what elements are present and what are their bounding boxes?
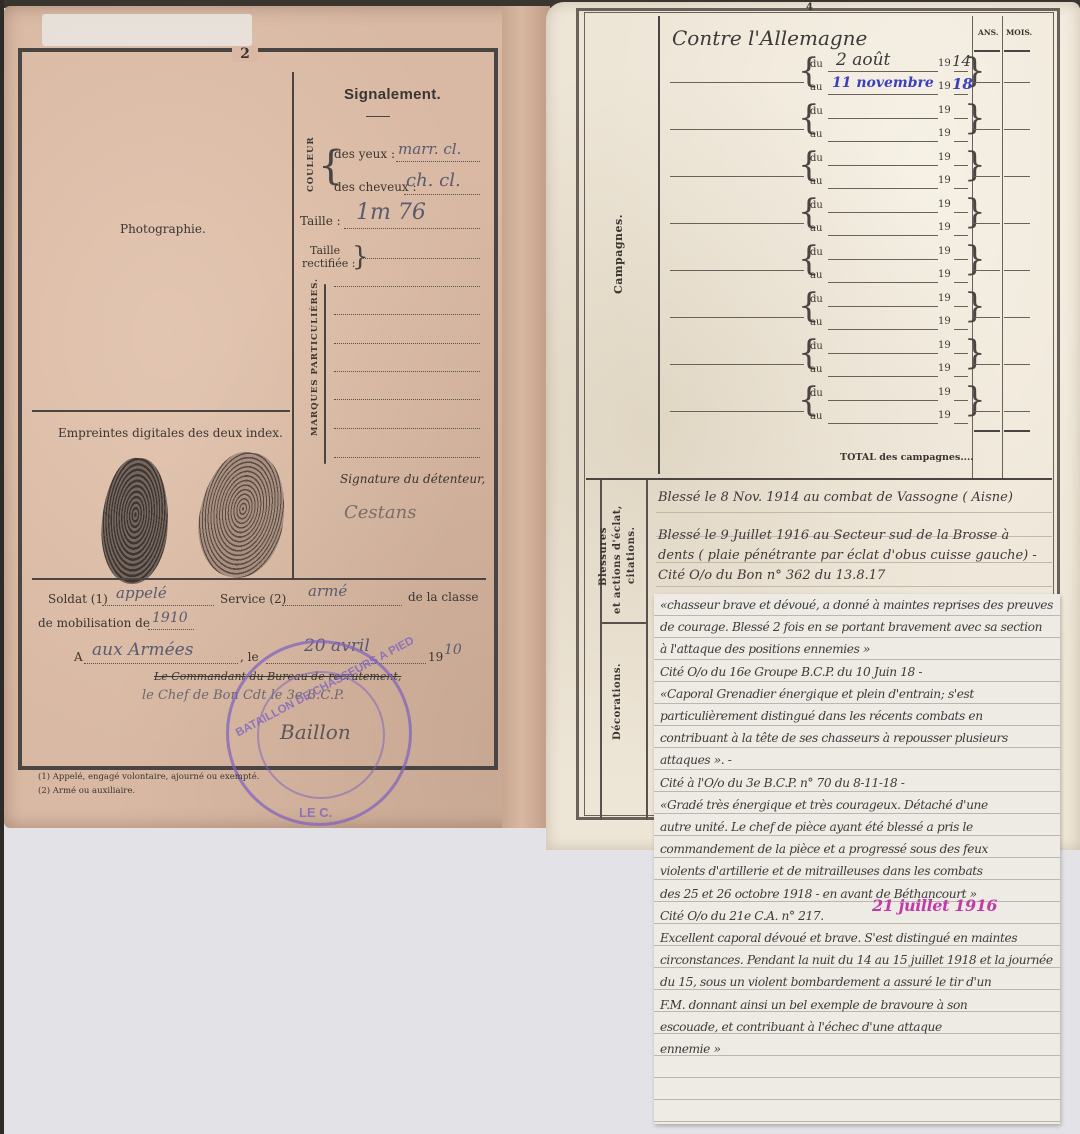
du-field[interactable] bbox=[828, 71, 938, 72]
du-year-prefix: 19 bbox=[938, 387, 951, 398]
au-field[interactable] bbox=[828, 188, 938, 189]
citation-line: «Gradé très énergique et très courageux.… bbox=[660, 798, 988, 812]
total-rule-ans bbox=[974, 430, 1000, 432]
year-prefix: 19 bbox=[428, 650, 443, 664]
magenta-date: 21 juillet 1916 bbox=[872, 896, 997, 915]
du-year-prefix: 19 bbox=[938, 152, 951, 163]
marks-line-7 bbox=[334, 457, 480, 458]
au-year-prefix: 19 bbox=[938, 81, 951, 92]
citation-line: du 15, sous un violent bombardement a as… bbox=[660, 975, 991, 989]
holder-signature-label: Signature du détenteur, bbox=[340, 472, 485, 486]
decorations-label: Décorations. bbox=[612, 663, 623, 740]
ans-cell-line bbox=[974, 223, 1000, 224]
du-year-prefix: 19 bbox=[938, 293, 951, 304]
wounds-decorations-divider bbox=[602, 622, 646, 624]
mobilisation-field bbox=[148, 629, 194, 630]
footnote-1: (1) Appelé, engagé volontaire, ajourné o… bbox=[38, 772, 259, 782]
marks-line-5 bbox=[334, 399, 480, 400]
eyes-field bbox=[396, 161, 480, 162]
title-rule bbox=[366, 116, 390, 117]
soldier-value: appelé bbox=[116, 584, 167, 602]
du-field[interactable] bbox=[828, 118, 938, 119]
gutter-fold bbox=[502, 6, 550, 828]
wounds-label-2: et actions d'éclat, bbox=[612, 505, 623, 614]
au-year-field[interactable] bbox=[954, 376, 968, 377]
ans-cell-line bbox=[974, 270, 1000, 271]
column-divider bbox=[292, 72, 294, 578]
mobilisation-value: 1910 bbox=[152, 610, 188, 626]
au-field[interactable] bbox=[828, 235, 938, 236]
du-label: du bbox=[810, 341, 823, 352]
mois-cell-line bbox=[1004, 317, 1030, 318]
du-label: du bbox=[810, 153, 823, 164]
fingerprints-label: Empreintes digitales des deux index. bbox=[58, 426, 283, 440]
page-number: 4 bbox=[806, 2, 813, 13]
wounds-label-1: Blessures bbox=[598, 527, 609, 586]
du-field[interactable] bbox=[828, 165, 938, 166]
months-divider bbox=[1002, 16, 1003, 478]
au-label: au bbox=[810, 176, 822, 187]
citation-line: violents d'artillerie et de mitrailleuse… bbox=[660, 864, 983, 878]
battalion-stamp: BATAILLON DE CHASSEURS A PIED LE C. bbox=[226, 640, 412, 826]
au-field[interactable] bbox=[828, 376, 938, 377]
au-year-prefix: 19 bbox=[938, 269, 951, 280]
campaigns-label-divider bbox=[658, 16, 660, 474]
marks-label: MARQUES PARTICULIÈRES. bbox=[310, 278, 320, 436]
wounds-label-divider-right bbox=[646, 480, 648, 820]
mois-cell-line bbox=[1004, 411, 1030, 412]
height-corrected-brace: } bbox=[352, 244, 369, 270]
wounds-label-3: citations. bbox=[626, 527, 637, 584]
au-year-prefix: 19 bbox=[938, 175, 951, 186]
au-year-prefix: 19 bbox=[938, 128, 951, 139]
footnote-2: (2) Armé ou auxiliaire. bbox=[38, 786, 135, 796]
marks-line-1 bbox=[334, 286, 480, 287]
campaign-name-line bbox=[670, 176, 804, 177]
mois-cell-line bbox=[1004, 270, 1030, 271]
ans-cell-line bbox=[974, 364, 1000, 365]
stamp-text-bottom: LE C. bbox=[299, 805, 332, 820]
photo-label: Photographie. bbox=[120, 222, 206, 236]
soldier-field bbox=[102, 605, 214, 606]
height-corrected-field bbox=[360, 258, 480, 259]
au-year-field[interactable] bbox=[954, 329, 968, 330]
mobilisation-label: de mobilisation de bbox=[38, 616, 150, 630]
du-field[interactable] bbox=[828, 400, 938, 401]
height-corrected-label-1: Taille bbox=[310, 244, 340, 257]
couleur-label: COULEUR bbox=[306, 136, 316, 192]
service-label: Service (2) bbox=[220, 592, 286, 606]
au-field[interactable] bbox=[828, 94, 938, 95]
campaign-name-line bbox=[670, 82, 804, 83]
du-year-prefix: 19 bbox=[938, 199, 951, 210]
wounds-line bbox=[656, 586, 1052, 587]
height-field bbox=[344, 228, 480, 229]
wounds-entry-4: Cité O/o du Bon n° 362 du 13.8.17 bbox=[658, 568, 885, 583]
au-year-prefix: 19 bbox=[938, 410, 951, 421]
du-year-prefix: 19 bbox=[938, 105, 951, 116]
section-divider bbox=[32, 578, 486, 580]
campaign-name-line bbox=[670, 129, 804, 130]
au-label: au bbox=[810, 129, 822, 140]
au-field[interactable] bbox=[828, 329, 938, 330]
au-label: au bbox=[810, 82, 822, 93]
du-label: du bbox=[810, 106, 823, 117]
au-label: au bbox=[810, 411, 822, 422]
au-label: au bbox=[810, 317, 822, 328]
citation-line: particulièrement distingué dans les réce… bbox=[660, 709, 983, 723]
marks-brace bbox=[324, 284, 326, 464]
hair-value: ch. cl. bbox=[406, 170, 461, 191]
holder-signature: Cestans bbox=[344, 502, 416, 523]
mois-cell-line bbox=[1004, 129, 1030, 130]
marks-line-4 bbox=[334, 371, 480, 372]
left-page: 2 Photographie. Signalement. COULEUR { d… bbox=[4, 6, 548, 828]
marks-line-3 bbox=[334, 343, 480, 344]
wounds-entry-2: Blessé le 9 Juillet 1916 au Secteur sud … bbox=[658, 528, 1009, 543]
campaigns-label: Campagnes. bbox=[612, 214, 625, 294]
du-year-prefix: 19 bbox=[938, 246, 951, 257]
citation-line: «chasseur brave et dévoué, a donné à mai… bbox=[660, 598, 1053, 612]
height-value: 1m 76 bbox=[356, 200, 426, 225]
campaign-name-line bbox=[670, 223, 804, 224]
citation-line: «Caporal Grenadier énergique et plein d'… bbox=[660, 687, 974, 701]
citation-line: autre unité. Le chef de pièce ayant été … bbox=[660, 820, 973, 834]
wounds-line bbox=[656, 512, 1052, 513]
mois-cell-line bbox=[1004, 176, 1030, 177]
au-label: au bbox=[810, 270, 822, 281]
citation-line: Cité à l'O/o du 3e B.C.P. n° 70 du 8-11-… bbox=[660, 776, 904, 790]
class-label: de la classe bbox=[408, 590, 479, 604]
col-ans: ANS. bbox=[978, 28, 998, 37]
mois-cell-line bbox=[1004, 82, 1030, 83]
signalement-title: Signalement. bbox=[344, 86, 441, 103]
campaign-name-line bbox=[670, 270, 804, 271]
mois-cell-line bbox=[1004, 364, 1030, 365]
service-field bbox=[282, 605, 402, 606]
ans-cell-line bbox=[974, 82, 1000, 83]
au-year-field[interactable] bbox=[954, 94, 968, 95]
du-label: du bbox=[810, 59, 823, 70]
au-label: au bbox=[810, 364, 822, 375]
wounds-entry-1: Blessé le 8 Nov. 1914 au combat de Vasso… bbox=[658, 490, 1013, 505]
au-value: 11 novembre bbox=[832, 75, 934, 91]
citation-line: à l'attaque des positions ennemies » bbox=[660, 642, 870, 656]
height-label: Taille : bbox=[300, 214, 341, 228]
du-field[interactable] bbox=[828, 306, 938, 307]
du-year: 14 bbox=[952, 52, 971, 70]
date-prefix: , le bbox=[240, 650, 259, 664]
height-corrected-label-2: rectifiée : bbox=[302, 257, 355, 270]
citation-line: Excellent caporal dévoué et brave. S'est… bbox=[660, 931, 1017, 945]
place-prefix: A bbox=[74, 650, 83, 664]
marks-line-6 bbox=[334, 428, 480, 429]
total-rule-mois bbox=[1004, 430, 1030, 432]
au-year-prefix: 19 bbox=[938, 316, 951, 327]
du-value: 2 août bbox=[836, 50, 890, 70]
du-label: du bbox=[810, 200, 823, 211]
photo-box-bottom bbox=[32, 410, 290, 412]
du-year-prefix: 19 bbox=[938, 340, 951, 351]
au-year-field[interactable] bbox=[954, 282, 968, 283]
au-year-prefix: 19 bbox=[938, 222, 951, 233]
campaign-name-line bbox=[670, 411, 804, 412]
campaign-header: Contre l'Allemagne bbox=[672, 26, 867, 50]
eyes-value: marr. cl. bbox=[398, 140, 461, 158]
ans-cell-line bbox=[974, 129, 1000, 130]
citation-line: Cité O/o du 16e Groupe B.C.P. du 10 Juin… bbox=[660, 665, 922, 679]
total-label: TOTAL des campagnes.... bbox=[840, 452, 974, 463]
ans-cell-line bbox=[974, 176, 1000, 177]
campaign-name-line bbox=[670, 317, 804, 318]
du-field[interactable] bbox=[828, 353, 938, 354]
wounds-entry-3: dents ( plaie pénétrante par éclat d'obu… bbox=[658, 548, 1037, 563]
hair-label: des cheveux : bbox=[334, 180, 417, 194]
au-year: 18 bbox=[952, 75, 973, 93]
citation-line: de courage. Blessé 2 fois en se portant … bbox=[660, 620, 1042, 634]
au-field[interactable] bbox=[828, 141, 938, 142]
au-field[interactable] bbox=[828, 282, 938, 283]
mois-cell-line bbox=[1004, 223, 1030, 224]
au-year-field[interactable] bbox=[954, 188, 968, 189]
hair-field bbox=[404, 194, 480, 195]
citation-line: F.M. donnant ainsi un bel exemple de bra… bbox=[660, 998, 967, 1012]
du-label: du bbox=[810, 247, 823, 258]
campaign-name-line bbox=[670, 364, 804, 365]
du-field[interactable] bbox=[828, 212, 938, 213]
soldier-label: Soldat (1) bbox=[48, 592, 108, 606]
citation-line: attaques ». - bbox=[660, 753, 731, 767]
marks-line-2 bbox=[334, 314, 480, 315]
pasted-citation-slip: «chasseur brave et dévoué, a donné à mai… bbox=[654, 594, 1060, 1124]
ans-cell-line bbox=[974, 317, 1000, 318]
place-value: aux Armées bbox=[92, 640, 193, 660]
du-year-prefix: 19 bbox=[938, 58, 951, 69]
citation-line: ennemie » bbox=[660, 1042, 721, 1056]
year-value: 10 bbox=[444, 642, 462, 658]
du-label: du bbox=[810, 388, 823, 399]
au-field[interactable] bbox=[828, 423, 938, 424]
au-label: au bbox=[810, 223, 822, 234]
tape-strip bbox=[42, 14, 252, 46]
col-mois-rule bbox=[1004, 50, 1030, 52]
citation-line: escouade, et contribuant à l'échec d'une… bbox=[660, 1020, 942, 1034]
page-number: 2 bbox=[232, 46, 258, 62]
au-year-prefix: 19 bbox=[938, 363, 951, 374]
campaigns-bottom-rule bbox=[586, 478, 1052, 480]
citation-line: commandement de la pièce et a progressé … bbox=[660, 842, 988, 856]
au-year-field[interactable] bbox=[954, 235, 968, 236]
du-field[interactable] bbox=[828, 259, 938, 260]
au-year-field[interactable] bbox=[954, 423, 968, 424]
eyes-label: des yeux : bbox=[334, 147, 395, 161]
au-year-field[interactable] bbox=[954, 141, 968, 142]
citation-line: Cité O/o du 21e C.A. n° 217. bbox=[660, 909, 824, 923]
service-value: armé bbox=[308, 582, 347, 600]
citation-line: circonstances. Pendant la nuit du 14 au … bbox=[660, 953, 1053, 967]
du-label: du bbox=[810, 294, 823, 305]
place-field bbox=[84, 663, 238, 664]
ans-cell-line bbox=[974, 411, 1000, 412]
citation-line: contribuant à la tête de ses chasseurs à… bbox=[660, 731, 1008, 745]
col-mois: MOIS. bbox=[1006, 28, 1032, 37]
